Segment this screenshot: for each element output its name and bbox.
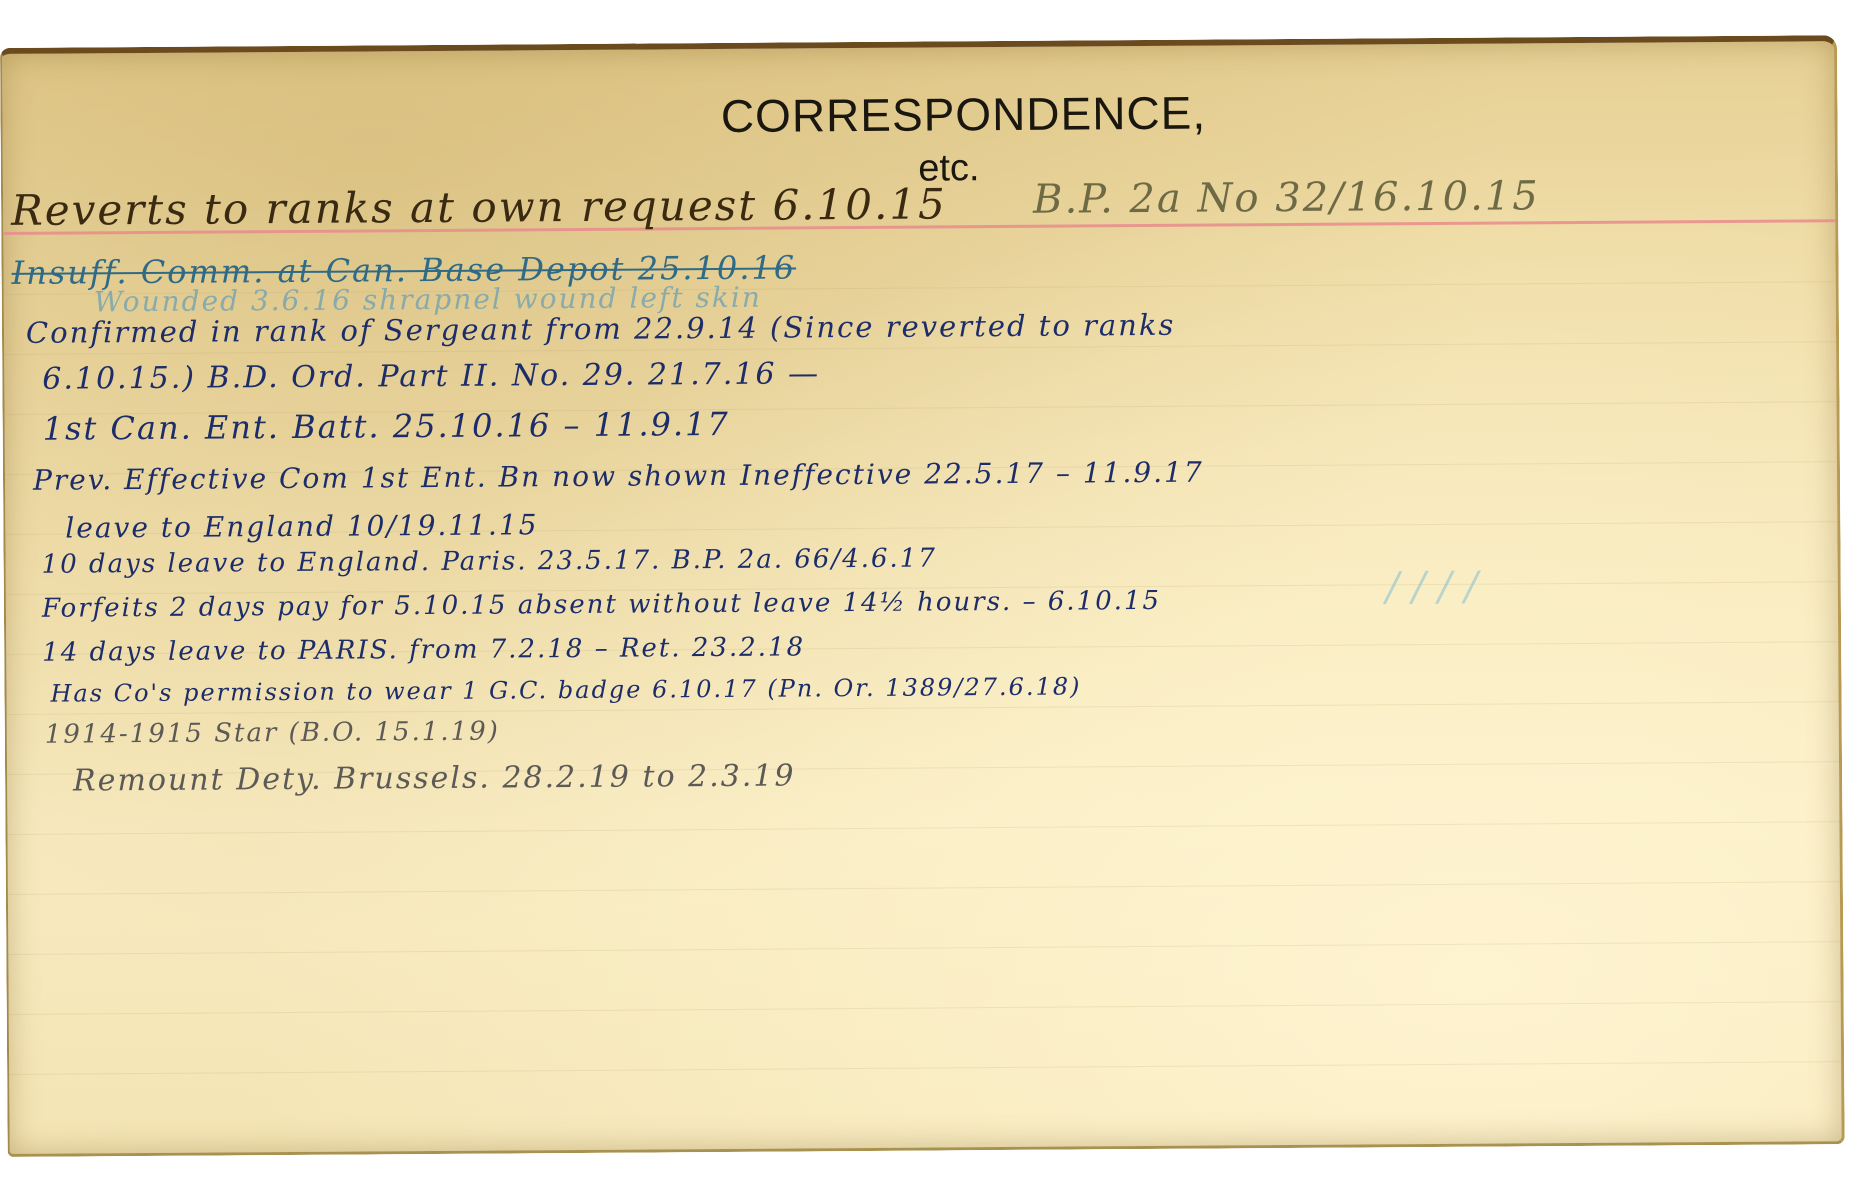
ruled-line: [8, 941, 1840, 955]
entry-forfeits-pay: Forfeits 2 days pay for 5.10.15 absent w…: [42, 586, 1161, 624]
ruled-line: [9, 1001, 1841, 1015]
entry-1st-can-ent-batt: 1st Can. Ent. Batt. 25.10.16 – 11.9.17: [43, 405, 730, 448]
faded-ink-mark: / / / /: [1386, 564, 1496, 635]
ruled-line: [7, 821, 1839, 835]
record-card: CORRESPONDENCE, etc. Reverts to ranks at…: [0, 35, 1845, 1157]
entry-remount-brussels: Remount Dety. Brussels. 28.2.19 to 2.3.1…: [73, 758, 796, 798]
entry-ineffective: Prev. Effective Com 1st Ent. Bn now show…: [33, 456, 1204, 497]
entry-reverts-to-ranks: Reverts to ranks at own request 6.10.15: [11, 179, 947, 235]
entry-gc-badge: Has Co's permission to wear 1 G.C. badge…: [50, 672, 1081, 707]
entry-bd-order: 6.10.15.) B.D. Ord. Part II. No. 29. 21.…: [42, 356, 820, 396]
entry-confirmed-rank: Confirmed in rank of Sergeant from 22.9.…: [26, 308, 1176, 350]
heading-title: CORRESPONDENCE,: [92, 81, 1834, 147]
entry-14-days-leave-paris: 14 days leave to PARIS. from 7.2.18 – Re…: [42, 632, 805, 667]
entry-10-days-leave: 10 days leave to England. Paris. 23.5.17…: [42, 543, 937, 579]
entry-1914-1915-star: 1914-1915 Star (B.O. 15.1.19): [45, 717, 500, 750]
entry-bp-reference: B.P. 2a No 32/16.10.15: [1033, 173, 1540, 223]
entry-leave-england: leave to England 10/19.11.15: [65, 508, 538, 544]
ruled-line: [9, 1061, 1841, 1075]
ruled-line: [8, 881, 1840, 895]
